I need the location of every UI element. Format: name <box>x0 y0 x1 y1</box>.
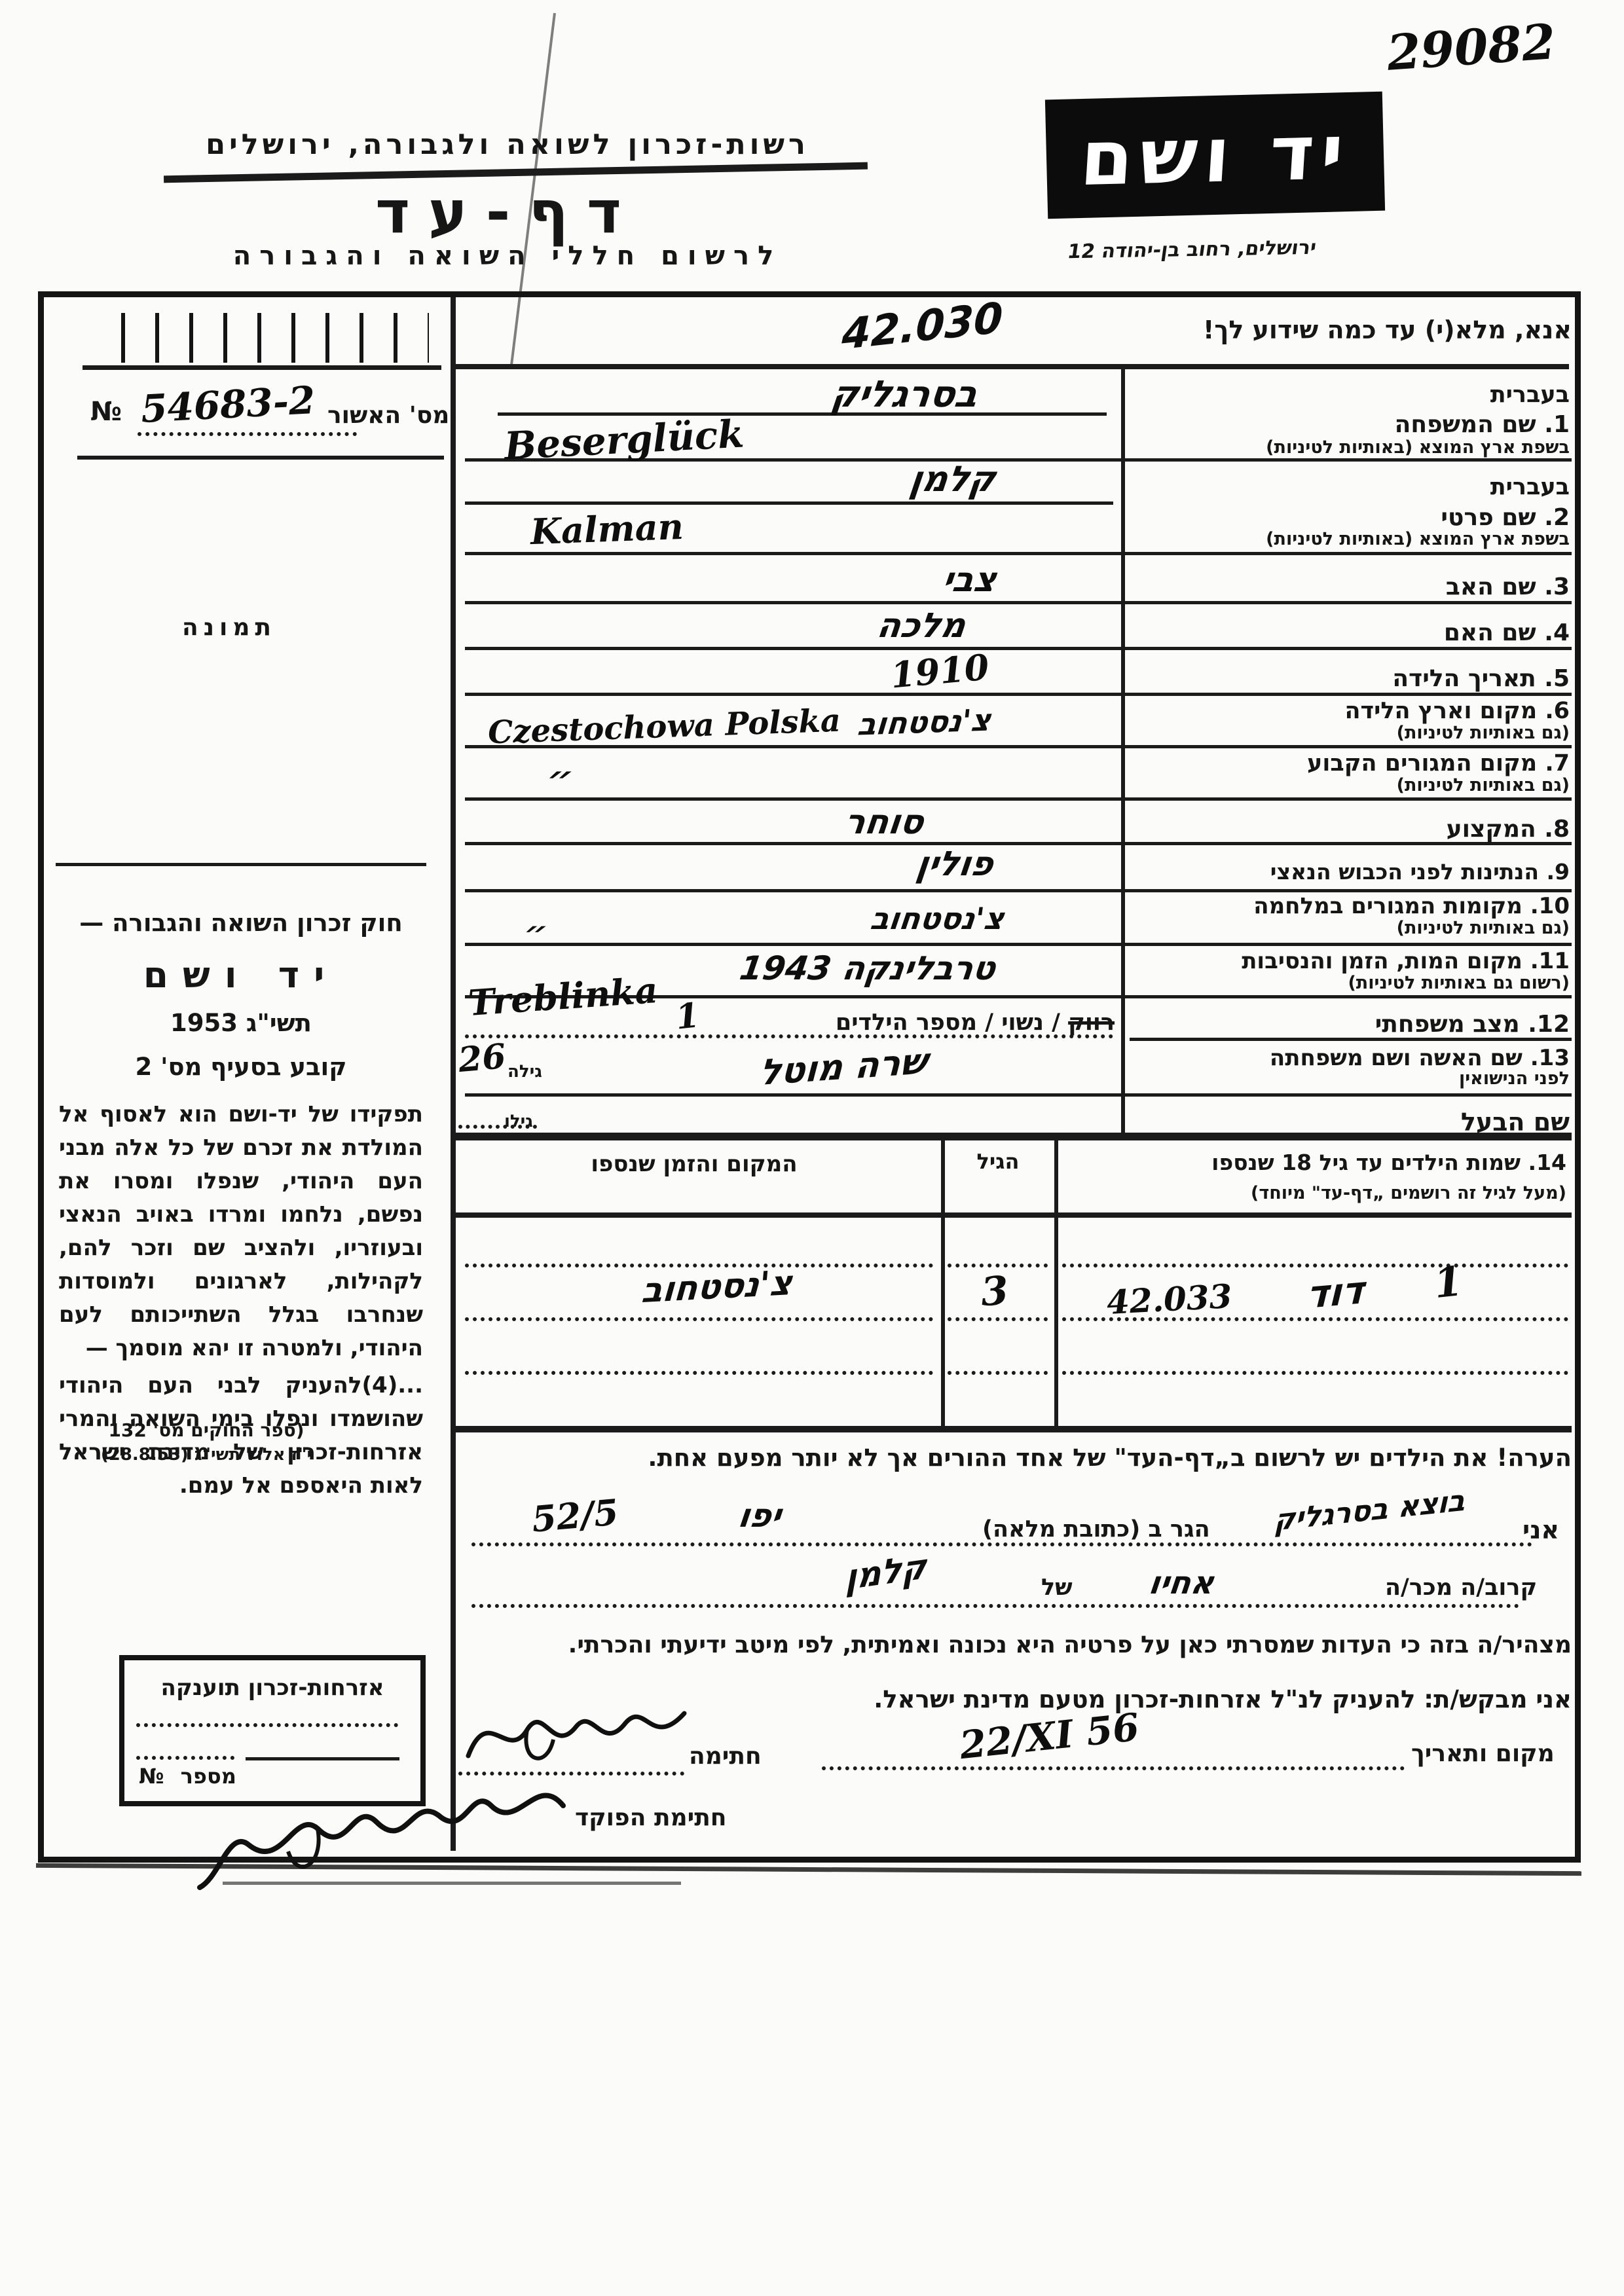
children-column-title: 14. שמות הילדים עד גיל 18 שנספו <box>1067 1150 1566 1175</box>
law-heading: חוק זכרון השואה והגבורה — <box>59 909 423 937</box>
scan-number: 29082 <box>1385 14 1557 82</box>
resides-label: הגר ב (כתובת מלאה) <box>982 1516 1210 1542</box>
field9-label: 9. הנתינות לפני הכבוש הנאצי <box>1130 859 1570 884</box>
firstname-hebrew-handwritten: קלמן <box>908 458 999 500</box>
death-place-hebrew-handwritten: טרבלינקה 1943 <box>737 949 998 987</box>
father-name-handwritten: צבי <box>940 560 999 600</box>
law-section: קובע בסעיף מס' 2 <box>59 1053 423 1081</box>
birth-year-handwritten: 1910 <box>889 646 990 697</box>
field1-hebrew-label: בעברית <box>1130 382 1570 408</box>
ruled-ticks-strip <box>121 313 429 363</box>
place-column-header: המקום והזמן שנספו <box>498 1151 891 1177</box>
answer-line <box>498 412 1107 416</box>
field2-sublabel: בשפת ארץ המוצא (באותיות לטיניות) <box>1130 529 1570 549</box>
of-label: של <box>1041 1575 1073 1601</box>
law-source-note: (ספר החוקים מס' 132 י"ז אלול תשי"ג (28.8… <box>62 1419 350 1465</box>
table-row-line <box>948 1371 1048 1375</box>
relation-dotted-line <box>471 1604 1519 1608</box>
table-row-line <box>465 1371 933 1375</box>
law-block-top-rule <box>56 863 426 866</box>
field2-label: 2. שם פרטי <box>1130 504 1570 531</box>
ticks-bottom-rule <box>83 365 441 370</box>
address-dotted-line <box>471 1542 1532 1546</box>
approval-underline <box>77 456 444 460</box>
clerk-signature-scribble <box>183 1760 576 1897</box>
child-age-handwritten: 3 <box>980 1268 1010 1316</box>
field11-label: 11. מקום המות, הזמן והנסיבות <box>1130 948 1570 974</box>
children-note: הערה! את הילדים יש לרשום ב„דף-העד" של אח… <box>465 1444 1572 1472</box>
option-single-strikethrough: רווק <box>1068 1010 1115 1036</box>
city-handwritten: יפו <box>736 1497 784 1535</box>
fill-instruction: אנא, מלא(י) עד כמה שידוע לך! <box>1153 316 1572 344</box>
child-name-handwritten: דוד <box>1305 1267 1365 1317</box>
rule <box>465 647 1572 650</box>
table-row-line <box>948 1264 1048 1267</box>
field3-label: 3. שם האב <box>1130 574 1570 600</box>
separator: / <box>985 1010 993 1036</box>
field13-sublabel: לפני הנישואין <box>1130 1068 1570 1089</box>
children-count-label: מספר הילדים <box>836 1010 977 1036</box>
children-column-header: 14. שמות הילדים עד גיל 18 שנספו (מעל לגי… <box>1067 1150 1566 1203</box>
rule <box>465 601 1572 604</box>
surname-hebrew-handwritten: בסרגליק <box>828 373 980 416</box>
children-count-handwritten: 1 <box>674 995 701 1037</box>
law-year: תשי"ג 1953 <box>59 1009 423 1037</box>
table-header-rule <box>456 1212 1572 1218</box>
table-bottom-rule <box>456 1426 1572 1432</box>
house-number-handwritten: 52/5 <box>530 1491 620 1540</box>
place-date-label: מקום ותאריך <box>1411 1740 1555 1767</box>
table-row-line <box>948 1317 1048 1321</box>
profession-handwritten: סוחר <box>842 803 927 842</box>
table-row-line <box>1062 1371 1568 1375</box>
table-vertical-rule <box>941 1140 945 1432</box>
age-column-header: הגיל <box>943 1149 1053 1174</box>
org-name: רשות-זכרון לשואה ולגבורה, ירושלים <box>147 128 868 161</box>
signature-label: חתימה <box>689 1743 762 1770</box>
field6-label: 6. מקום וארץ הלידה <box>1130 698 1570 724</box>
field6-sublabel: (גם באותיות לטיניות) <box>1130 723 1570 743</box>
table-row-line <box>465 1317 933 1321</box>
wife-age-handwritten: 26 <box>456 1036 507 1080</box>
field5-label: 5. תאריך הלידה <box>1130 665 1570 692</box>
relation-label: קרוב/ה מכר/ה <box>1385 1575 1537 1601</box>
mother-name-handwritten: מלכה <box>875 606 969 646</box>
rule <box>465 693 1572 696</box>
answer-line <box>465 501 1113 505</box>
field11-sublabel: (רשום גם באותיות לטיניות) <box>1130 973 1570 993</box>
nationality-handwritten: פולין <box>914 845 996 884</box>
law-block: חוק זכרון השואה והגבורה — יד ושם תשי"ג 1… <box>59 909 423 1503</box>
law-source-line1: (ספר החוקים מס' 132 <box>62 1419 350 1441</box>
rule <box>465 943 1572 946</box>
field8-label: 8. המקצוע <box>1130 816 1570 843</box>
logo-address: ירושלים, רחוב בן-יהודה 12 <box>1020 235 1364 264</box>
wife-age-label: גילה <box>507 1062 542 1082</box>
separator: / <box>1052 1010 1060 1036</box>
field10-label: 10. מקומות המגורים במלחמה <box>1130 893 1570 919</box>
date-dotted-line <box>822 1766 1405 1770</box>
husband-name-label: שם הבעל <box>1130 1108 1570 1137</box>
marital-status-options: רווק / נשוי / מספר הילדים <box>674 1010 1115 1036</box>
form-subtitle: לרשום חללי השואה והגבורה <box>147 241 868 271</box>
law-source-line2: י"ז אלול תשי"ג (28.8.53) <box>62 1445 350 1465</box>
field13-label: 13. שם האשה ושם משפחתה <box>1130 1045 1570 1071</box>
field12-label: 12. מצב משפחתי <box>1130 1011 1570 1038</box>
approval-no-symbol: № <box>90 397 122 427</box>
declaration-i-label: אני <box>1522 1516 1559 1544</box>
child-serial-handwritten: 1 <box>1431 1257 1465 1307</box>
table-row-line <box>465 1264 933 1267</box>
approval-label: מס' האשור <box>327 402 449 429</box>
child-daf-number-handwritten: 42.033 <box>1106 1277 1233 1322</box>
panel-divider <box>451 297 456 1851</box>
citizenship-dotted-line <box>136 1723 398 1727</box>
label-column-divider <box>1121 369 1125 1137</box>
children-column-subtitle: (מעל לגיל זה רושמים „דף-עד" מיוחד) <box>1067 1183 1566 1203</box>
table-row-line <box>1062 1264 1568 1267</box>
approval-dotted-line <box>138 432 357 436</box>
husband-age-dotted-line <box>458 1125 537 1129</box>
field1-sublabel: בשפת ארץ המוצא (באותיות לטיניות) <box>1130 437 1570 458</box>
field7-label: 7. מקום המגורים הקבוע <box>1130 750 1570 776</box>
yad-vashem-logo: יד ושם <box>1045 92 1385 219</box>
form-title: דף-עד <box>147 178 868 247</box>
field7-sublabel: (גם באותיות לטיניות) <box>1130 775 1570 795</box>
daf-ed-testimony-page: 29082 יד ושם ירושלים, רחוב בן-יהודה 12 ר… <box>0 0 1624 2296</box>
instruction-rule <box>456 364 1569 369</box>
birthplace-hebrew-handwritten: צ'נסטחוב <box>856 702 992 742</box>
rule <box>465 889 1572 892</box>
field2-hebrew-label: בעברית <box>1130 474 1570 500</box>
law-title: יד ושם <box>59 954 423 996</box>
rule <box>465 797 1572 801</box>
rule <box>465 552 1572 555</box>
law-body: תפקידו של יד-ושם הוא לאסוף אל המולדת את … <box>59 1098 423 1365</box>
rule <box>465 1093 1572 1097</box>
field10-sublabel: (גם באותיות לטיניות) <box>1130 918 1570 938</box>
photo-placeholder-label: תמונה <box>138 614 321 641</box>
field1-label: 1. שם המשפחה <box>1130 411 1570 438</box>
rule <box>1130 1038 1572 1041</box>
option-married: נשוי <box>1001 1010 1044 1036</box>
child-place-handwritten: צ'נסטחוב <box>640 1264 794 1311</box>
wartime-residence-handwritten: צ'נסטחוב <box>868 901 1006 936</box>
relation-handwritten: אחיו <box>1147 1565 1216 1601</box>
clerk-signature-label: חתימת הפוקד <box>575 1804 727 1831</box>
table-vertical-rule <box>1054 1140 1058 1432</box>
approval-number-handwritten: 54683-2 <box>139 378 316 431</box>
yad-vashem-logo-text: יד ושם <box>1078 107 1353 202</box>
citizenship-title: אזרחות-זכרון תוענקה <box>124 1675 420 1701</box>
citizenship-no-symbol: № <box>139 1764 164 1789</box>
declaration-statement: מצהיר/ה בזה כי העדות שמסרתי כאן על פרטיה… <box>462 1631 1572 1658</box>
firstname-latin-handwritten: Kalman <box>530 505 684 553</box>
field4-label: 4. שם האם <box>1130 619 1570 646</box>
